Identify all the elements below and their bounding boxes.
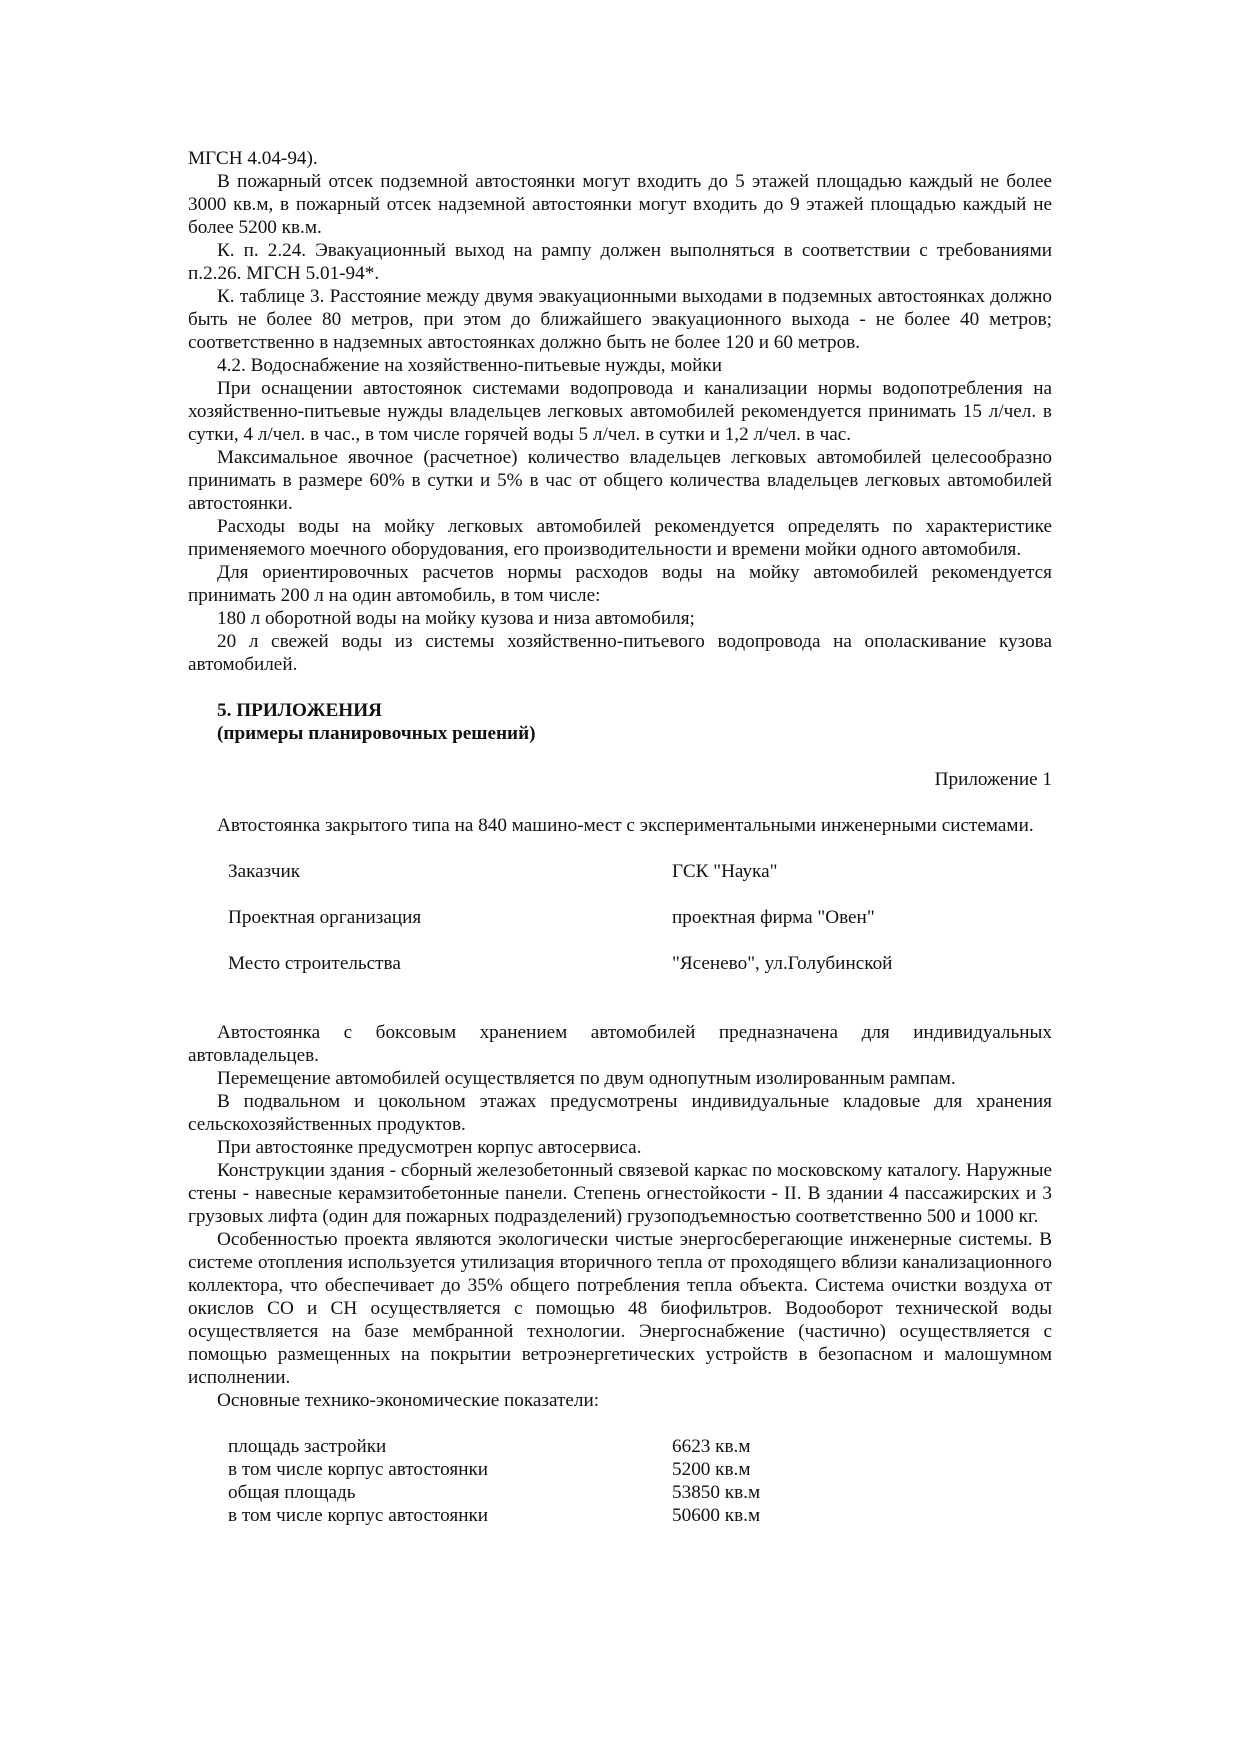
project-info-label: Заказчик [228, 860, 672, 883]
intro-fragment: МГСН 4.04-94). [188, 147, 1052, 170]
appendix-label: Приложение 1 [188, 768, 1052, 791]
project-info-value: ГСК "Наука" [672, 860, 1052, 883]
document-page: МГСН 4.04-94). В пожарный отсек подземно… [188, 147, 1052, 1527]
indicator-value: 5200 кв.м [672, 1458, 1052, 1481]
project-info-value: "Ясенево", ул.Голубинской [672, 952, 1052, 975]
indicator-row: площадь застройки 6623 кв.м [228, 1435, 1052, 1458]
paragraph-fire-compartment: В пожарный отсек подземной автостоянки м… [188, 170, 1052, 239]
paragraph-water-norms: При оснащении автостоянок системами водо… [188, 377, 1052, 446]
indicator-label: площадь застройки [228, 1435, 672, 1458]
indicator-label: общая площадь [228, 1481, 672, 1504]
indicator-label: в том числе корпус автостоянки [228, 1458, 672, 1481]
project-info-row-location: Место строительства "Ясенево", ул.Голуби… [228, 952, 1052, 975]
subsection-title-water-supply: 4.2. Водоснабжение на хозяйственно-питье… [188, 354, 1052, 377]
indicator-row: общая площадь 53850 кв.м [228, 1481, 1052, 1504]
appendix-intro: Автостоянка закрытого типа на 840 машино… [188, 814, 1052, 837]
indicator-label: в том числе корпус автостоянки [228, 1504, 672, 1527]
project-info-row-customer: Заказчик ГСК "Наука" [228, 860, 1052, 883]
paragraph-wash-estimate: Для ориентировочных расчетов нормы расхо… [188, 561, 1052, 607]
project-info-label: Проектная организация [228, 906, 672, 929]
section-heading: 5. ПРИЛОЖЕНИЯ [217, 699, 1052, 722]
paragraph-construction: Конструкции здания - сборный железобетон… [188, 1159, 1052, 1228]
indicator-row: в том числе корпус автостоянки 50600 кв.… [228, 1504, 1052, 1527]
paragraph-storerooms: В подвальном и цокольном этажах предусмо… [188, 1090, 1052, 1136]
indicator-value: 53850 кв.м [672, 1481, 1052, 1504]
paragraph-fresh-water: 20 л свежей воды из системы хозяйственно… [188, 630, 1052, 676]
paragraph-wash-water: Расходы воды на мойку легковых автомобил… [188, 515, 1052, 561]
paragraph-evacuation-ramp: К. п. 2.24. Эвакуационный выход на рампу… [188, 239, 1052, 285]
section-subheading: (примеры планировочных решений) [217, 722, 1052, 745]
paragraph-max-owners: Максимальное явочное (расчетное) количес… [188, 446, 1052, 515]
paragraph-exit-distance: К. таблице 3. Расстояние между двумя эва… [188, 285, 1052, 354]
project-info-row-organization: Проектная организация проектная фирма "О… [228, 906, 1052, 929]
project-info-value: проектная фирма "Овен" [672, 906, 1052, 929]
indicator-value: 50600 кв.м [672, 1504, 1052, 1527]
paragraph-ramps: Перемещение автомобилей осуществляется п… [188, 1067, 1052, 1090]
paragraph-recycled-water: 180 л оборотной воды на мойку кузова и н… [188, 607, 1052, 630]
indicator-value: 6623 кв.м [672, 1435, 1052, 1458]
paragraph-car-service: При автостоянке предусмотрен корпус авто… [188, 1136, 1052, 1159]
paragraph-indicators-intro: Основные технико-экономические показател… [188, 1389, 1052, 1412]
paragraph-box-storage: Автостоянка с боксовым хранением автомоб… [188, 1021, 1052, 1067]
indicator-row: в том числе корпус автостоянки 5200 кв.м [228, 1458, 1052, 1481]
paragraph-eco-systems: Особенностью проекта являются экологичес… [188, 1228, 1052, 1389]
project-info-label: Место строительства [228, 952, 672, 975]
